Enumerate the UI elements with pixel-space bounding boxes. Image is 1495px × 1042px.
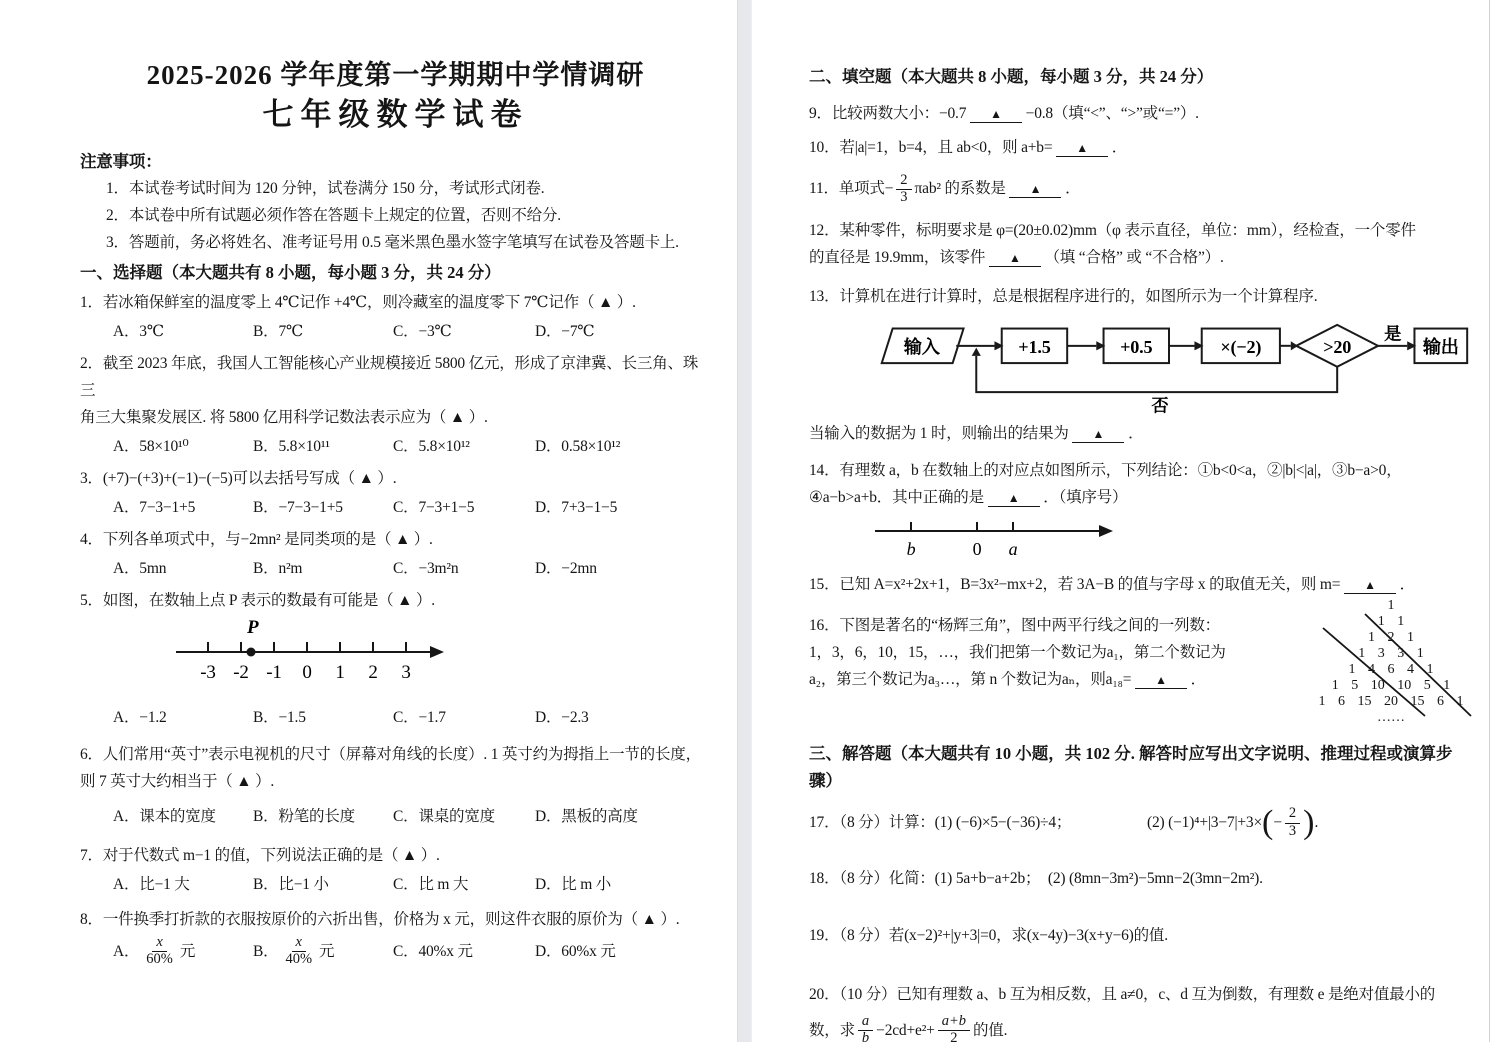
tick-label: -1 <box>266 662 281 683</box>
question-13-tail: ． <box>1128 425 1143 442</box>
fraction-x-over-40pct: x 40% <box>281 935 316 967</box>
option-5c: C．−1.7 <box>393 704 535 731</box>
option-4d: D．−2mn <box>535 555 711 582</box>
question-15-tail: ． <box>1400 576 1415 593</box>
question-6-line1: 6．人们常用“英寸”表示电视机的尺寸（屏幕对角线的长度）. 1 英寸约为拇指上一… <box>80 741 711 768</box>
option-1c: C．−3℃ <box>393 318 535 345</box>
question-13: 13．计算机在进行计算时，总是根据程序进行的，如图所示为一个计算程序. <box>809 283 1455 310</box>
question-5: 5．如图，在数轴上点 P 表示的数最有可能是（ ▲ ）. <box>80 587 711 614</box>
option-2a: A．58×10¹⁰ <box>113 433 253 460</box>
question-4: 4．下列各单项式中，与−2mn² 是同类项的是（ ▲ ）. <box>80 526 711 553</box>
question-17-part2: (2) (−1)⁴+|3−7|+3× ( − 2 3 ) . <box>1147 806 1318 838</box>
axis-arrow-icon <box>1099 525 1113 537</box>
option-6b: B．粉笔的长度 <box>253 803 393 830</box>
fraction-a-over-b: a b <box>858 1014 873 1042</box>
yanghui-triangle-figure: 1 1 1 1 2 1 1 3 3 1 1 4 6 4 1 1 5 10 10 … <box>1261 598 1495 726</box>
flow-cond-label: >20 <box>1323 338 1351 358</box>
question-16-line3: a₂，第三个数记为a₃…，第 n 个数记为aₙ，则a₁₈= ▲ ． <box>809 666 1254 693</box>
question-14-text: ④a−b>a+b．其中正确的是 <box>809 489 984 506</box>
arrow-up-icon <box>972 348 981 356</box>
section-fill-blank-heading: 二、填空题（本大题共 8 小题，每小题 3 分，共 24 分） <box>809 63 1455 90</box>
section-choice-heading: 一、选择题（本大题共有 8 小题，每小题 3 分，共 24 分） <box>80 259 711 286</box>
answer-blank: ▲ <box>1344 579 1396 594</box>
question-20-mid: −2cd+e²+ <box>876 1017 935 1042</box>
tick-label: 3 <box>401 662 410 683</box>
question-9-text: 9．比较两数大小：−0.7 <box>809 105 966 122</box>
answer-blank: ▲ <box>1009 183 1061 198</box>
question-4-options: A．5mn B．n²m C．−3m²n D．−2mn <box>80 555 711 582</box>
option-8a: A． x 60% 元 <box>113 935 253 967</box>
question-12-tail: （填 “合格” 或 “不合格”）. <box>1045 249 1224 266</box>
question-12-line1: 12．某种零件，标明要求是 φ=(20±0.02)mm（φ 表示直径，单位：mm… <box>809 217 1455 244</box>
flow-step3-label: ×(−2) <box>1220 338 1261 359</box>
question-10: 10．若|a|=1，b=4，且 ab<0，则 a+b= ▲ ． <box>809 134 1455 161</box>
fraction-2-over-3: 23 <box>896 173 911 205</box>
question-16-tail: ． <box>1191 671 1206 688</box>
option-8c: C．40%x 元 <box>393 938 535 965</box>
axis-arrow-icon <box>430 646 444 658</box>
page-gap-divider <box>737 0 752 1042</box>
option-4a: A．5mn <box>113 555 253 582</box>
question-11-text: 11．单项式− <box>809 180 893 197</box>
exam-title: 2025-2026 学年度第一学期期中学情调研 <box>80 58 711 92</box>
question-6-line2: 则 7 英寸大约相当于（ ▲ ）. <box>80 768 711 795</box>
option-2d: D．0.58×10¹² <box>535 433 711 460</box>
question-3-options: A．7−3−1+5 B．−7−3−1+5 C．7−3+1−5 D．7+3−1−5 <box>80 494 711 521</box>
question-14-line2: ④a−b>a+b．其中正确的是 ▲ ．（填序号） <box>809 484 1455 511</box>
question-10-tail: ． <box>1112 139 1127 156</box>
triangle-parallel-lines <box>1261 598 1495 726</box>
answer-blank: ▲ <box>988 492 1040 507</box>
question-17-part2-text: (2) (−1)⁴+|3−7|+3× <box>1147 809 1262 836</box>
question-12-line2: 的直径是 19.9mm，该零件 ▲ （填 “合格” 或 “不合格”）. <box>809 244 1455 271</box>
fraction-2-over-3: 2 3 <box>1285 806 1300 838</box>
axis-b-label: b <box>907 539 916 559</box>
option-5d: D．−2.3 <box>535 704 711 731</box>
tick-label: 0 <box>302 662 311 683</box>
question-5-options: A．−1.2 B．−1.5 C．−1.7 D．−2.3 <box>80 704 711 731</box>
question-16-text: a₂，第三个数记为a₃…，第 n 个数记为aₙ，则a₁₈= <box>809 671 1131 688</box>
option-7c: C．比 m 大 <box>393 871 535 898</box>
option-5a: A．−1.2 <box>113 704 253 731</box>
option-2b: B．5.8×10¹¹ <box>253 433 393 460</box>
question-8: 8．一件换季打折款的衣服按原价的六折出售，价格为 x 元，则这件衣服的原价为（ … <box>80 906 711 933</box>
question-19: 19．（8 分）若(x−2)²+|y+3|=0，求(x−4y)−3(x+y−6)… <box>809 922 1455 949</box>
option-7b: B．比−1 小 <box>253 871 393 898</box>
question-7-options: A．比−1 大 B．比−1 小 C．比 m 大 D．比 m 小 <box>80 871 711 898</box>
option-1b: B．7℃ <box>253 318 393 345</box>
question-8-options: A． x 60% 元 B． x 40% 元 C．40%x 元 D．60%x 元 <box>80 935 711 967</box>
question-10-text: 10．若|a|=1，b=4，且 ab<0，则 a+b= <box>809 139 1052 156</box>
option-1d: D．−7℃ <box>535 318 711 345</box>
tick-label: -3 <box>200 662 215 683</box>
notice-item-1: 1．本试卷考试时间为 120 分钟，试卷满分 150 分，考试形式闭卷. <box>106 175 711 202</box>
question-13-text2: 当输入的数据为 1 时，则输出的结果为 <box>809 425 1069 442</box>
option-6d: D．黑板的高度 <box>535 803 711 830</box>
flow-input-label: 输入 <box>903 337 941 358</box>
flow-output-label: 输出 <box>1422 337 1459 358</box>
question-12-text: 的直径是 19.9mm，该零件 <box>809 249 985 266</box>
question-17: 17．（8 分）计算：(1) (−6)×5−(−36)÷4； (2) (−1)⁴… <box>809 806 1455 838</box>
question-9-tail: −0.8（填“<”、“>”或“=”）. <box>1026 105 1199 122</box>
question-17-part1: 17．（8 分）计算：(1) (−6)×5−(−36)÷4； <box>809 809 1147 836</box>
option-8a-unit: 元 <box>180 938 195 965</box>
question-18: 18．（8 分）化简：(1) 5a+b−a+2b； (2) (8mn−3m²)−… <box>809 865 1455 892</box>
option-3b: B．−7−3−1+5 <box>253 494 393 521</box>
exam-page-left: 2025-2026 学年度第一学期期中学情调研 七年级数学试卷 注意事项： 1．… <box>0 0 737 1042</box>
exam-subtitle: 七年级数学试卷 <box>80 94 711 136</box>
option-5b: B．−1.5 <box>253 704 393 731</box>
option-3d: D．7+3−1−5 <box>535 494 711 521</box>
answer-blank: ▲ <box>1135 674 1187 689</box>
notice-item-3: 3．答题前，务必将姓名、准考证号用 0.5 毫米黑色墨水签字笔填写在试卷及答题卡… <box>106 229 711 256</box>
number-line-figure-q5: P -3 -2 -1 0 1 2 3 <box>168 616 458 692</box>
question-6-options: A．课本的宽度 B．粉笔的长度 C．课桌的宽度 D．黑板的高度 <box>80 803 711 830</box>
point-p-dot <box>247 648 256 657</box>
notice-label: 注意事项： <box>80 148 711 175</box>
fraction-a-plus-b-over-2: a+b 2 <box>938 1014 970 1042</box>
question-1: 1．若冰箱保鲜室的温度零上 4℃记作 +4℃，则冷藏室的温度零下 7℃记作（ ▲… <box>80 289 711 316</box>
question-14-tail: ．（填序号） <box>1043 489 1127 506</box>
point-p-label: P <box>246 617 259 638</box>
option-2c: C．5.8×10¹² <box>393 433 535 460</box>
section-answer-heading: 三、解答题（本大题共有 10 小题，共 102 分. 解答时应写出文字说明、推理… <box>809 740 1455 794</box>
flow-step2-label: +0.5 <box>1120 338 1152 358</box>
option-6c: C．课桌的宽度 <box>393 803 535 830</box>
option-3c: C．7−3+1−5 <box>393 494 535 521</box>
option-3a: A．7−3−1+5 <box>113 494 253 521</box>
question-16: 16．下图是著名的“杨辉三角”，图中两平行线之间的一列数： 1，3，6，10，1… <box>809 612 1455 730</box>
question-20-tail: 的值. <box>973 1017 1007 1042</box>
question-11-tail: ． <box>1065 180 1080 197</box>
option-8b-unit: 元 <box>319 938 334 965</box>
question-16-line1: 16．下图是著名的“杨辉三角”，图中两平行线之间的一列数： <box>809 612 1254 639</box>
answer-blank: ▲ <box>1072 428 1124 443</box>
tick-label: -2 <box>233 662 248 683</box>
question-20-line1: 20．（10 分）已知有理数 a、b 互为相反数，且 a≠0，c、d 互为倒数，… <box>809 981 1455 1008</box>
flowchart-figure: 输入 +1.5 +0.5 ×(−2) >20 是 输出 否 <box>869 314 1469 414</box>
answer-blank: ▲ <box>970 108 1022 123</box>
tick-label: 1 <box>335 662 344 683</box>
option-8b: B． x 40% 元 <box>253 935 393 967</box>
question-2-options: A．58×10¹⁰ B．5.8×10¹¹ C．5.8×10¹² D．0.58×1… <box>80 433 711 460</box>
question-20-text: 数，求 <box>809 1017 855 1042</box>
question-2-line2: 角三大集聚发展区. 将 5800 亿用科学记数法表示应为（ ▲ ）. <box>80 404 711 431</box>
question-13-result-line: 当输入的数据为 1 时，则输出的结果为 ▲ ． <box>809 420 1455 447</box>
fraction-x-over-60pct: x 60% <box>142 935 177 967</box>
option-6a: A．课本的宽度 <box>113 803 253 830</box>
exam-page-right: 二、填空题（本大题共 8 小题，每小题 3 分，共 24 分） 9．比较两数大小… <box>752 0 1489 1042</box>
axis-zero-label: 0 <box>973 539 982 559</box>
flow-step1-label: +1.5 <box>1018 338 1050 358</box>
question-7: 7．对于代数式 m−1 的值，下列说法正确的是（ ▲ ）. <box>80 842 711 869</box>
notice-item-2: 2．本试卷中所有试题必须作答在答题卡上规定的位置，否则不给分. <box>106 202 711 229</box>
question-11: 11．单项式−23πab² 的系数是 ▲ ． <box>809 173 1455 205</box>
flow-yes-label: 是 <box>1384 325 1401 344</box>
question-17-period: . <box>1314 809 1318 836</box>
answer-blank: ▲ <box>1056 142 1108 157</box>
question-1-options: A．3℃ B．7℃ C．−3℃ D．−7℃ <box>80 318 711 345</box>
tick-label: 2 <box>368 662 377 683</box>
option-7a: A．比−1 大 <box>113 871 253 898</box>
question-15: 15．已知 A=x²+2x+1，B=3x²−mx+2，若 3A−B 的值与字母 … <box>809 571 1455 598</box>
option-8d: D．60%x 元 <box>535 938 711 965</box>
question-9: 9．比较两数大小：−0.7 ▲ −0.8（填“<”、“>”或“=”）. <box>809 100 1455 127</box>
question-3: 3．(+7)−(+3)+(−1)−(−5)可以去括号写成（ ▲ ）. <box>80 465 711 492</box>
option-7d: D．比 m 小 <box>535 871 711 898</box>
option-4c: C．−3m²n <box>393 555 535 582</box>
option-4b: B．n²m <box>253 555 393 582</box>
axis-a-label: a <box>1009 539 1018 559</box>
option-8a-label: A． <box>113 938 139 965</box>
question-11-mid: πab² 的系数是 <box>915 180 1006 197</box>
option-1a: A．3℃ <box>113 318 253 345</box>
question-16-line2: 1，3，6，10，15，…，我们把第一个数记为a₁，第二个数记为 <box>809 639 1254 666</box>
question-20-line2: 数，求 a b −2cd+e²+ a+b 2 的值. <box>809 1014 1007 1042</box>
answer-blank: ▲ <box>989 252 1041 267</box>
arrow-icon <box>1291 342 1298 351</box>
question-2-line1: 2．截至 2023 年底，我国人工智能核心产业规模接近 5800 亿元，形成了京… <box>80 350 711 404</box>
minus-sign: − <box>1273 809 1282 836</box>
question-15-text: 15．已知 A=x²+2x+1，B=3x²−mx+2，若 3A−B 的值与字母 … <box>809 576 1340 593</box>
question-14-line1: 14．有理数 a，b 在数轴上的对应点如图所示，下列结论：①b<0<a，②|b|… <box>809 457 1455 484</box>
option-8b-label: B． <box>253 938 278 965</box>
number-line-figure-q14: b 0 a <box>869 515 1119 563</box>
flow-no-label: 否 <box>1151 396 1168 415</box>
